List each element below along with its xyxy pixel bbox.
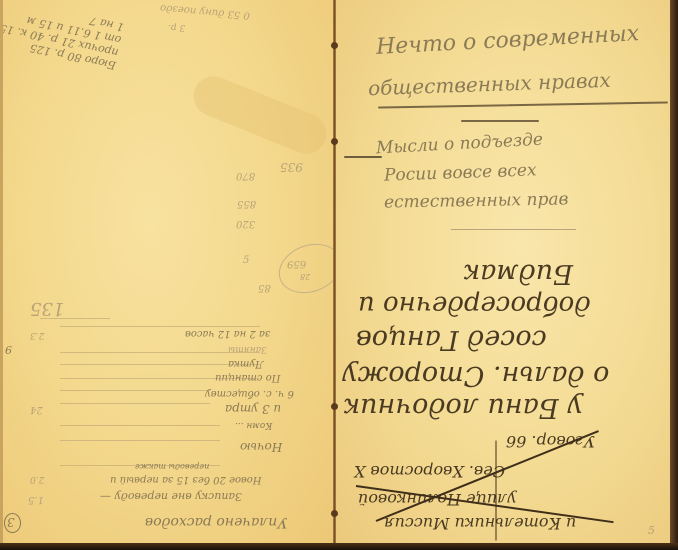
heading-underline	[378, 101, 668, 108]
top-center-note: 0 53 дину поездо	[160, 2, 251, 21]
ruled-line	[60, 425, 220, 426]
upside-down-line: добросердечно и	[358, 290, 591, 320]
margin-number: 320	[236, 218, 255, 229]
ruled-line	[60, 403, 210, 404]
upside-down-line: о дальн. Сторожу	[342, 360, 609, 391]
crossed-line: и Котельники Миссия	[384, 514, 576, 533]
margin-mark: 9	[5, 343, 12, 356]
ledger-amount: 24	[30, 404, 43, 415]
ruled-line	[40, 318, 110, 319]
binding-stitch	[331, 403, 338, 410]
margin-oval-note: 659	[287, 258, 306, 269]
right-page: Нечто о современных общественных нравах …	[336, 0, 672, 545]
page-number: 5	[648, 524, 655, 537]
ledger-item: Лутка	[228, 358, 264, 369]
upside-down-line: Бидмак	[464, 258, 573, 289]
left-page-edge	[0, 0, 3, 550]
ledger-item: 6 ч. с. обществу	[205, 388, 294, 399]
ruled-line	[60, 440, 220, 441]
bottom-edge	[0, 543, 678, 550]
strike-stroke	[496, 441, 497, 541]
upside-down-line: у Бани лодочник	[344, 392, 583, 423]
heading-line: Нечто о современных	[376, 21, 640, 60]
margin-number: 935	[280, 160, 303, 174]
ledger-item: Записку вне переводу —	[100, 490, 242, 503]
left-page: Бюро 80 р. 125 прочих 21 р. 40 к. 15 от …	[0, 0, 334, 545]
section-line: естественных прав	[384, 189, 569, 212]
page-number: 3	[7, 515, 15, 529]
section-line: Росии вовсе всех	[384, 160, 537, 185]
margin-number: 28	[300, 272, 310, 281]
ledger-item: Ночью	[240, 440, 282, 454]
binding-stitch	[331, 42, 338, 49]
heading-line: общественных нравах	[368, 68, 611, 100]
ledger-item: Заняты	[228, 344, 267, 354]
ledger-item: Комн ...	[235, 420, 272, 430]
margin-number: 5	[243, 255, 249, 266]
ledger-header: Уплачено расходов	[145, 514, 287, 530]
ledger-amount: 2.0	[30, 474, 44, 484]
binding-stitch	[331, 510, 338, 517]
ruled-line	[60, 390, 210, 391]
notebook-spread: Бюро 80 р. 125 прочих 21 р. 40 к. 15 от …	[0, 0, 678, 545]
ledger-item: за 2 на 12 часов	[185, 328, 270, 339]
section-divider	[461, 120, 539, 122]
section-line: Мысли о подъезде	[376, 130, 544, 159]
paper-stain	[188, 70, 333, 160]
ledger-amount: 2.3	[30, 330, 44, 340]
ledger-amount: 1.5	[28, 494, 44, 505]
ledger-item: и 3 утра	[225, 402, 281, 416]
ledger-total: 135	[30, 298, 64, 319]
binding-stitch	[331, 138, 338, 145]
binding-spine	[333, 0, 336, 545]
section-divider-bottom	[451, 229, 576, 230]
upside-down-line: сосед Ганцов	[356, 324, 547, 355]
right-page-edge	[670, 0, 678, 550]
margin-number: 855	[237, 198, 256, 209]
ledger-item: переводы также	[135, 462, 209, 471]
margin-number: 870	[236, 170, 255, 181]
top-left-note: Бюро 80 р. 125 прочих 21 р. 40 к. 15 от …	[0, 0, 125, 72]
top-center-note-sub: 3 р.	[168, 22, 185, 32]
ruled-line	[60, 326, 260, 327]
ledger-item: Новое 20 без 15 за первый и	[110, 474, 262, 485]
ledger-item: По станции	[215, 372, 280, 383]
margin-number: 85	[258, 282, 271, 293]
